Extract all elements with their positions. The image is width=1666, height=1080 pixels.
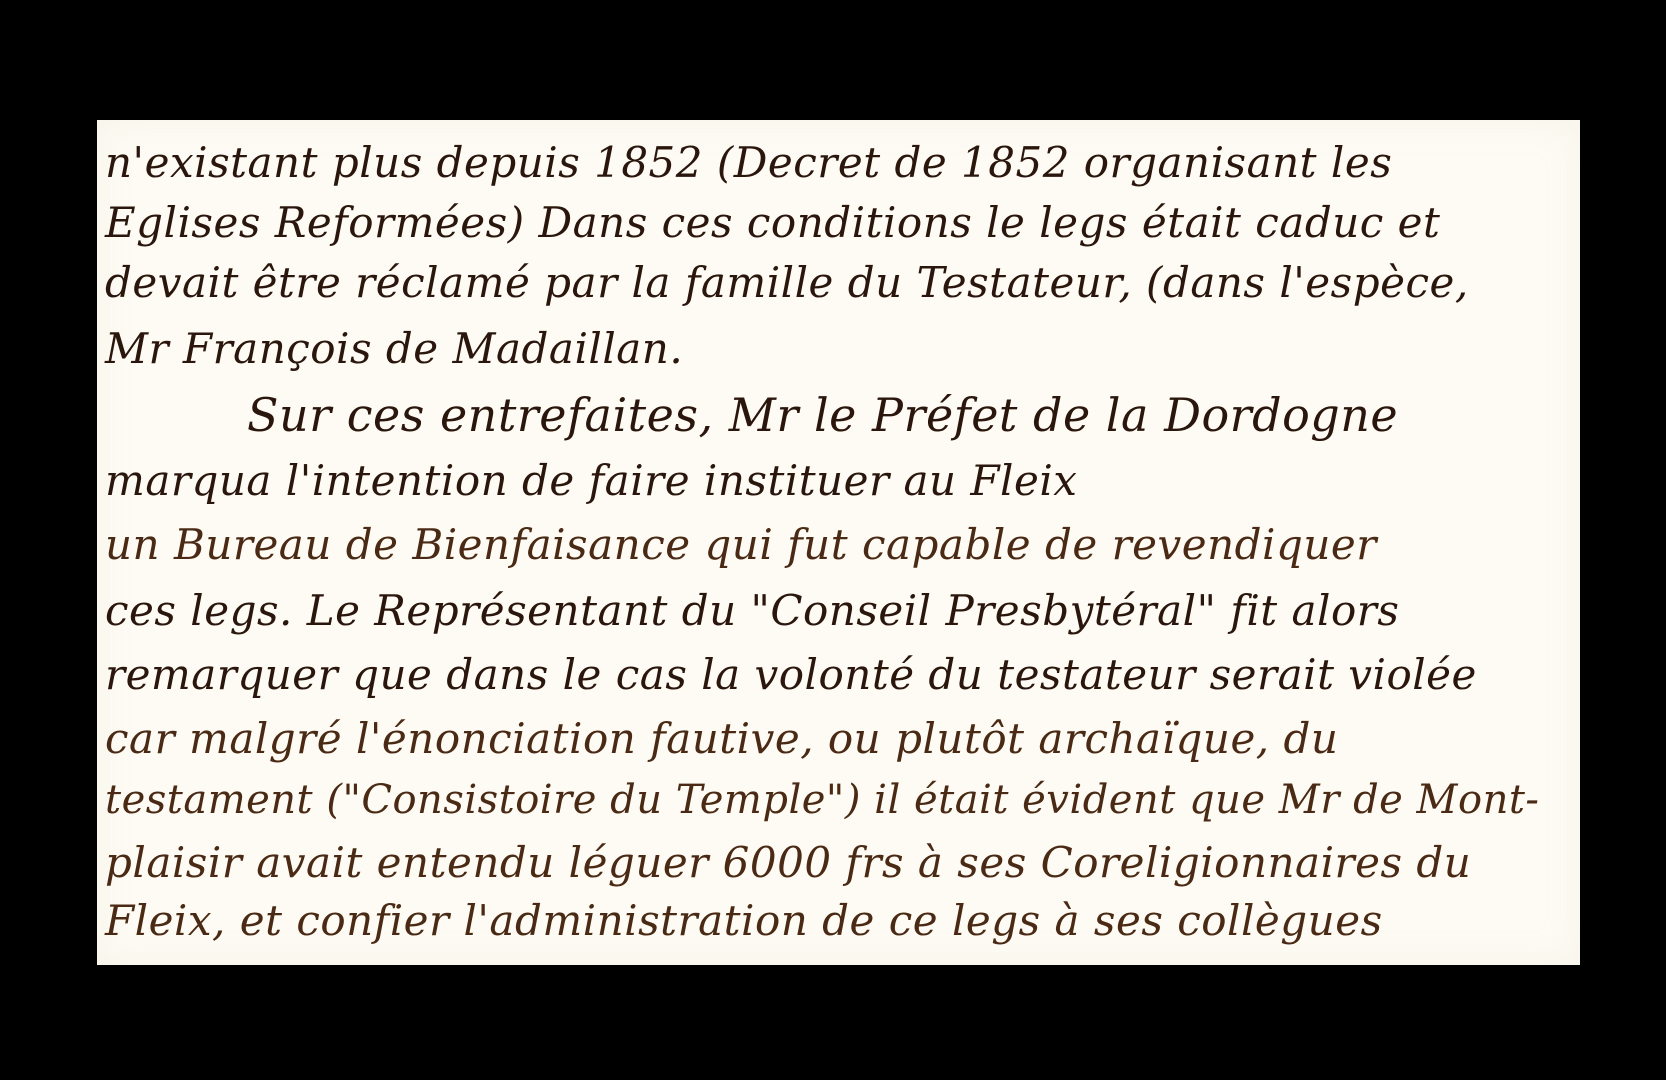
scan-background: n'existant plus depuis 1852 (Decret de 1…: [0, 0, 1666, 1080]
manuscript-line-5: Sur ces entrefaites, Mr le Préfet de la …: [247, 392, 1398, 438]
manuscript-line-12: plaisir avait entendu léguer 6000 frs à …: [105, 842, 1471, 884]
manuscript-line-13: Fleix, et confier l'administration de ce…: [105, 900, 1383, 942]
manuscript-line-6: marqua l'intention de faire instituer au…: [105, 460, 1077, 502]
manuscript-line-9: remarquer que dans le cas la volonté du …: [105, 654, 1477, 696]
manuscript-line-10: car malgré l'énonciation fautive, ou plu…: [105, 718, 1338, 760]
manuscript-line-1: n'existant plus depuis 1852 (Decret de 1…: [105, 142, 1392, 184]
manuscript-line-3: devait être réclamé par la famille du Te…: [105, 262, 1469, 304]
manuscript-line-4: Mr François de Madaillan.: [105, 328, 683, 370]
manuscript-line-2: Eglises Reformées) Dans ces conditions l…: [105, 202, 1440, 244]
manuscript-line-11: testament ("Consistoire du Temple") il é…: [105, 780, 1539, 820]
manuscript-line-8: ces legs. Le Représentant du "Conseil Pr…: [105, 590, 1399, 632]
manuscript-page: n'existant plus depuis 1852 (Decret de 1…: [97, 120, 1580, 965]
manuscript-line-7: un Bureau de Bienfaisance qui fut capabl…: [105, 524, 1377, 566]
